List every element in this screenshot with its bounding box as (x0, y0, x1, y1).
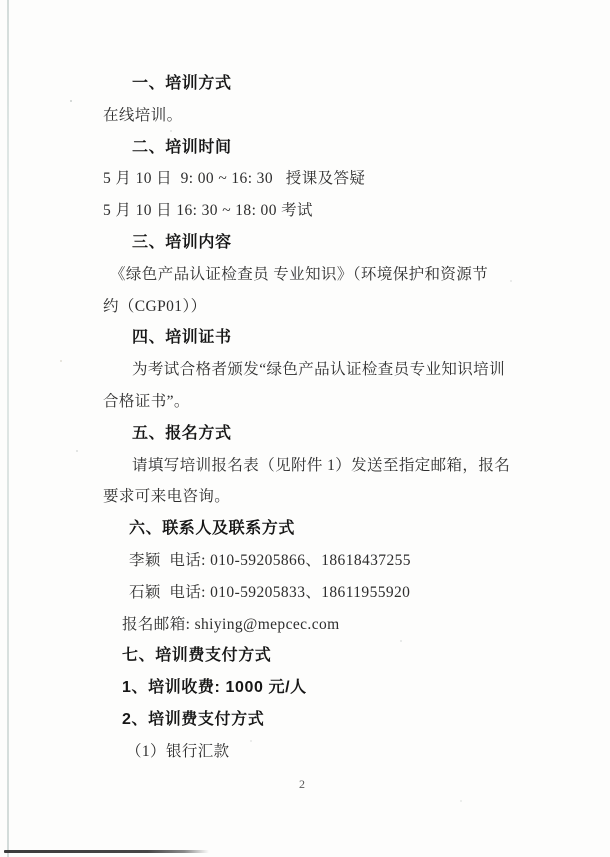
section-heading-training-time: 二、培训时间 (100, 132, 565, 164)
paragraph-training-fee: 1、培训收费: 1000 元/人 (100, 672, 565, 704)
contact-line-li-ying: 李颖 电话: 010-59205866、18618437255 (100, 545, 565, 577)
paragraph-registration-line1: 请填写培训报名表（见附件 1）发送至指定邮箱，报名 (100, 450, 565, 482)
scan-noise-speckles (70, 100, 72, 102)
contact-line-email: 报名邮箱: shiying@mepcec.com (100, 609, 565, 641)
section-heading-certificate: 四、培训证书 (100, 322, 565, 354)
paragraph-registration-line2: 要求可来电咨询。 (100, 481, 565, 513)
scanned-document-page: 一、培训方式 在线培训。 二、培训时间 5 月 10 日 9: 00 ~ 16:… (0, 0, 610, 857)
paragraph-certificate-line1: 为考试合格者颁发“绿色产品认证检查员专业知识培训 (100, 354, 565, 386)
contact-line-shi-ying: 石颖 电话: 010-59205833、18611955920 (100, 577, 565, 609)
paragraph-time-exam: 5 月 10 日 16: 30 ~ 18: 00 考试 (100, 195, 565, 227)
page-number: 2 (299, 777, 305, 792)
paragraph-bank-transfer: （1）银行汇款 (100, 736, 565, 768)
paragraph-content-line1: 《绿色产品认证检查员 专业知识》（环境保护和资源节 (100, 259, 565, 291)
section-heading-registration: 五、报名方式 (100, 418, 565, 450)
section-heading-payment: 七、培训费支付方式 (100, 640, 565, 672)
scan-edge-line (7, 0, 9, 857)
document-body: 一、培训方式 在线培训。 二、培训时间 5 月 10 日 9: 00 ~ 16:… (100, 68, 565, 768)
section-heading-contacts: 六、联系人及联系方式 (100, 513, 565, 545)
paragraph-online-training: 在线培训。 (100, 100, 565, 132)
paragraph-content-line2: 约（CGP01）） (100, 291, 565, 323)
paragraph-certificate-line2: 合格证书”。 (100, 386, 565, 418)
section-heading-training-method: 一、培训方式 (100, 68, 565, 100)
section-heading-training-content: 三、培训内容 (100, 227, 565, 259)
paragraph-payment-method: 2、培训费支付方式 (100, 704, 565, 736)
paragraph-time-lecture: 5 月 10 日 9: 00 ~ 16: 30 授课及答疑 (100, 163, 565, 195)
scan-artifact-bottom (4, 850, 209, 853)
